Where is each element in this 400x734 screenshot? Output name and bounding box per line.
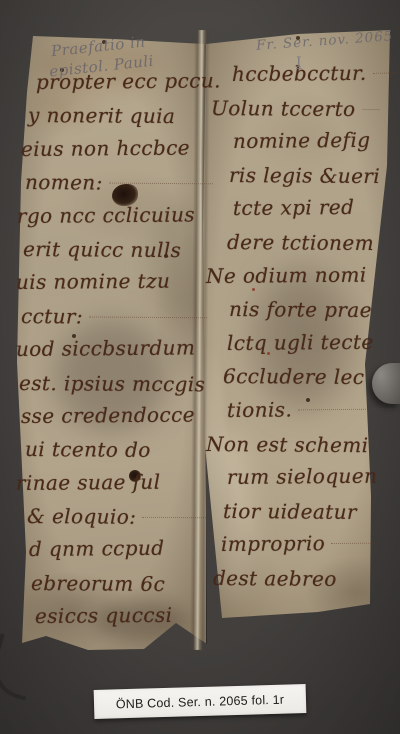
manuscript-line: rgo ncc cclicuius <box>17 202 206 237</box>
manuscript-line: d qnm ccpud <box>29 536 206 571</box>
manuscript-line: cctur: <box>21 304 206 339</box>
manuscript-line: uis nomine tzu <box>16 269 206 304</box>
manuscript-line: ris legis &ueri <box>229 159 394 194</box>
manuscript-line: Non est schemi <box>206 428 394 463</box>
manuscript-line: nomine defig <box>233 124 394 159</box>
manuscript-line: & eloquio: <box>27 504 206 539</box>
manuscript-line: erit quicc nulls <box>23 237 206 272</box>
manuscript-line: ebreorum 6c <box>31 571 206 606</box>
manuscript-line: 6ccludere lec <box>223 360 394 395</box>
manuscript-line: lctq ugli tecte <box>227 325 394 360</box>
manuscript-line: tcte xpi red <box>233 191 394 226</box>
manuscript-photo: Praefatio in epistol. Pauli Fr. Ser. nov… <box>0 0 400 734</box>
manuscript-text-left-column: propter ecc pccu.y nonerit quiaeius non … <box>16 70 206 638</box>
manuscript-line: esiccs quccsi <box>35 603 206 638</box>
manuscript-line: ui tcento do <box>25 437 206 472</box>
manuscript-text-right-column: hccbebcctur.Uolun tccertonomine defigris… <box>206 58 394 596</box>
manuscript-line: nis forte prae <box>229 293 394 328</box>
manuscript-line: sse credendocce <box>21 402 206 437</box>
manuscript-line: improprio <box>221 527 394 562</box>
manuscript-line: eius non hccbce <box>21 135 206 170</box>
manuscript-line: y nonerit quia <box>28 103 206 138</box>
caption-label: ÖNB Cod. Ser. n. 2065 fol. 1r <box>94 684 307 719</box>
manuscript-line: nomen: <box>25 170 206 205</box>
caption-label-text: ÖNB Cod. Ser. n. 2065 fol. 1r <box>116 692 285 711</box>
manuscript-line: rinae suae ful <box>16 469 206 504</box>
photo-clip-icon <box>0 633 41 700</box>
annotation-folio-numeral: I <box>296 55 302 71</box>
manuscript-line: tionis. <box>227 392 394 427</box>
manuscript-line: tior uideatur <box>223 495 394 530</box>
manuscript-line: hccbebcctur. <box>232 57 394 92</box>
manuscript-line: dest aebreo <box>213 562 394 597</box>
manuscript-line: uod siccbsurdum <box>16 335 206 370</box>
manuscript-line: dere tctionem <box>227 226 394 261</box>
manuscript-line: Uolun tccerto <box>211 92 394 127</box>
manuscript-line: Ne odium nomi <box>206 258 394 293</box>
manuscript-line: rum sieloquen <box>227 460 394 495</box>
manuscript-line: est. ipsius mccgis <box>19 371 206 406</box>
